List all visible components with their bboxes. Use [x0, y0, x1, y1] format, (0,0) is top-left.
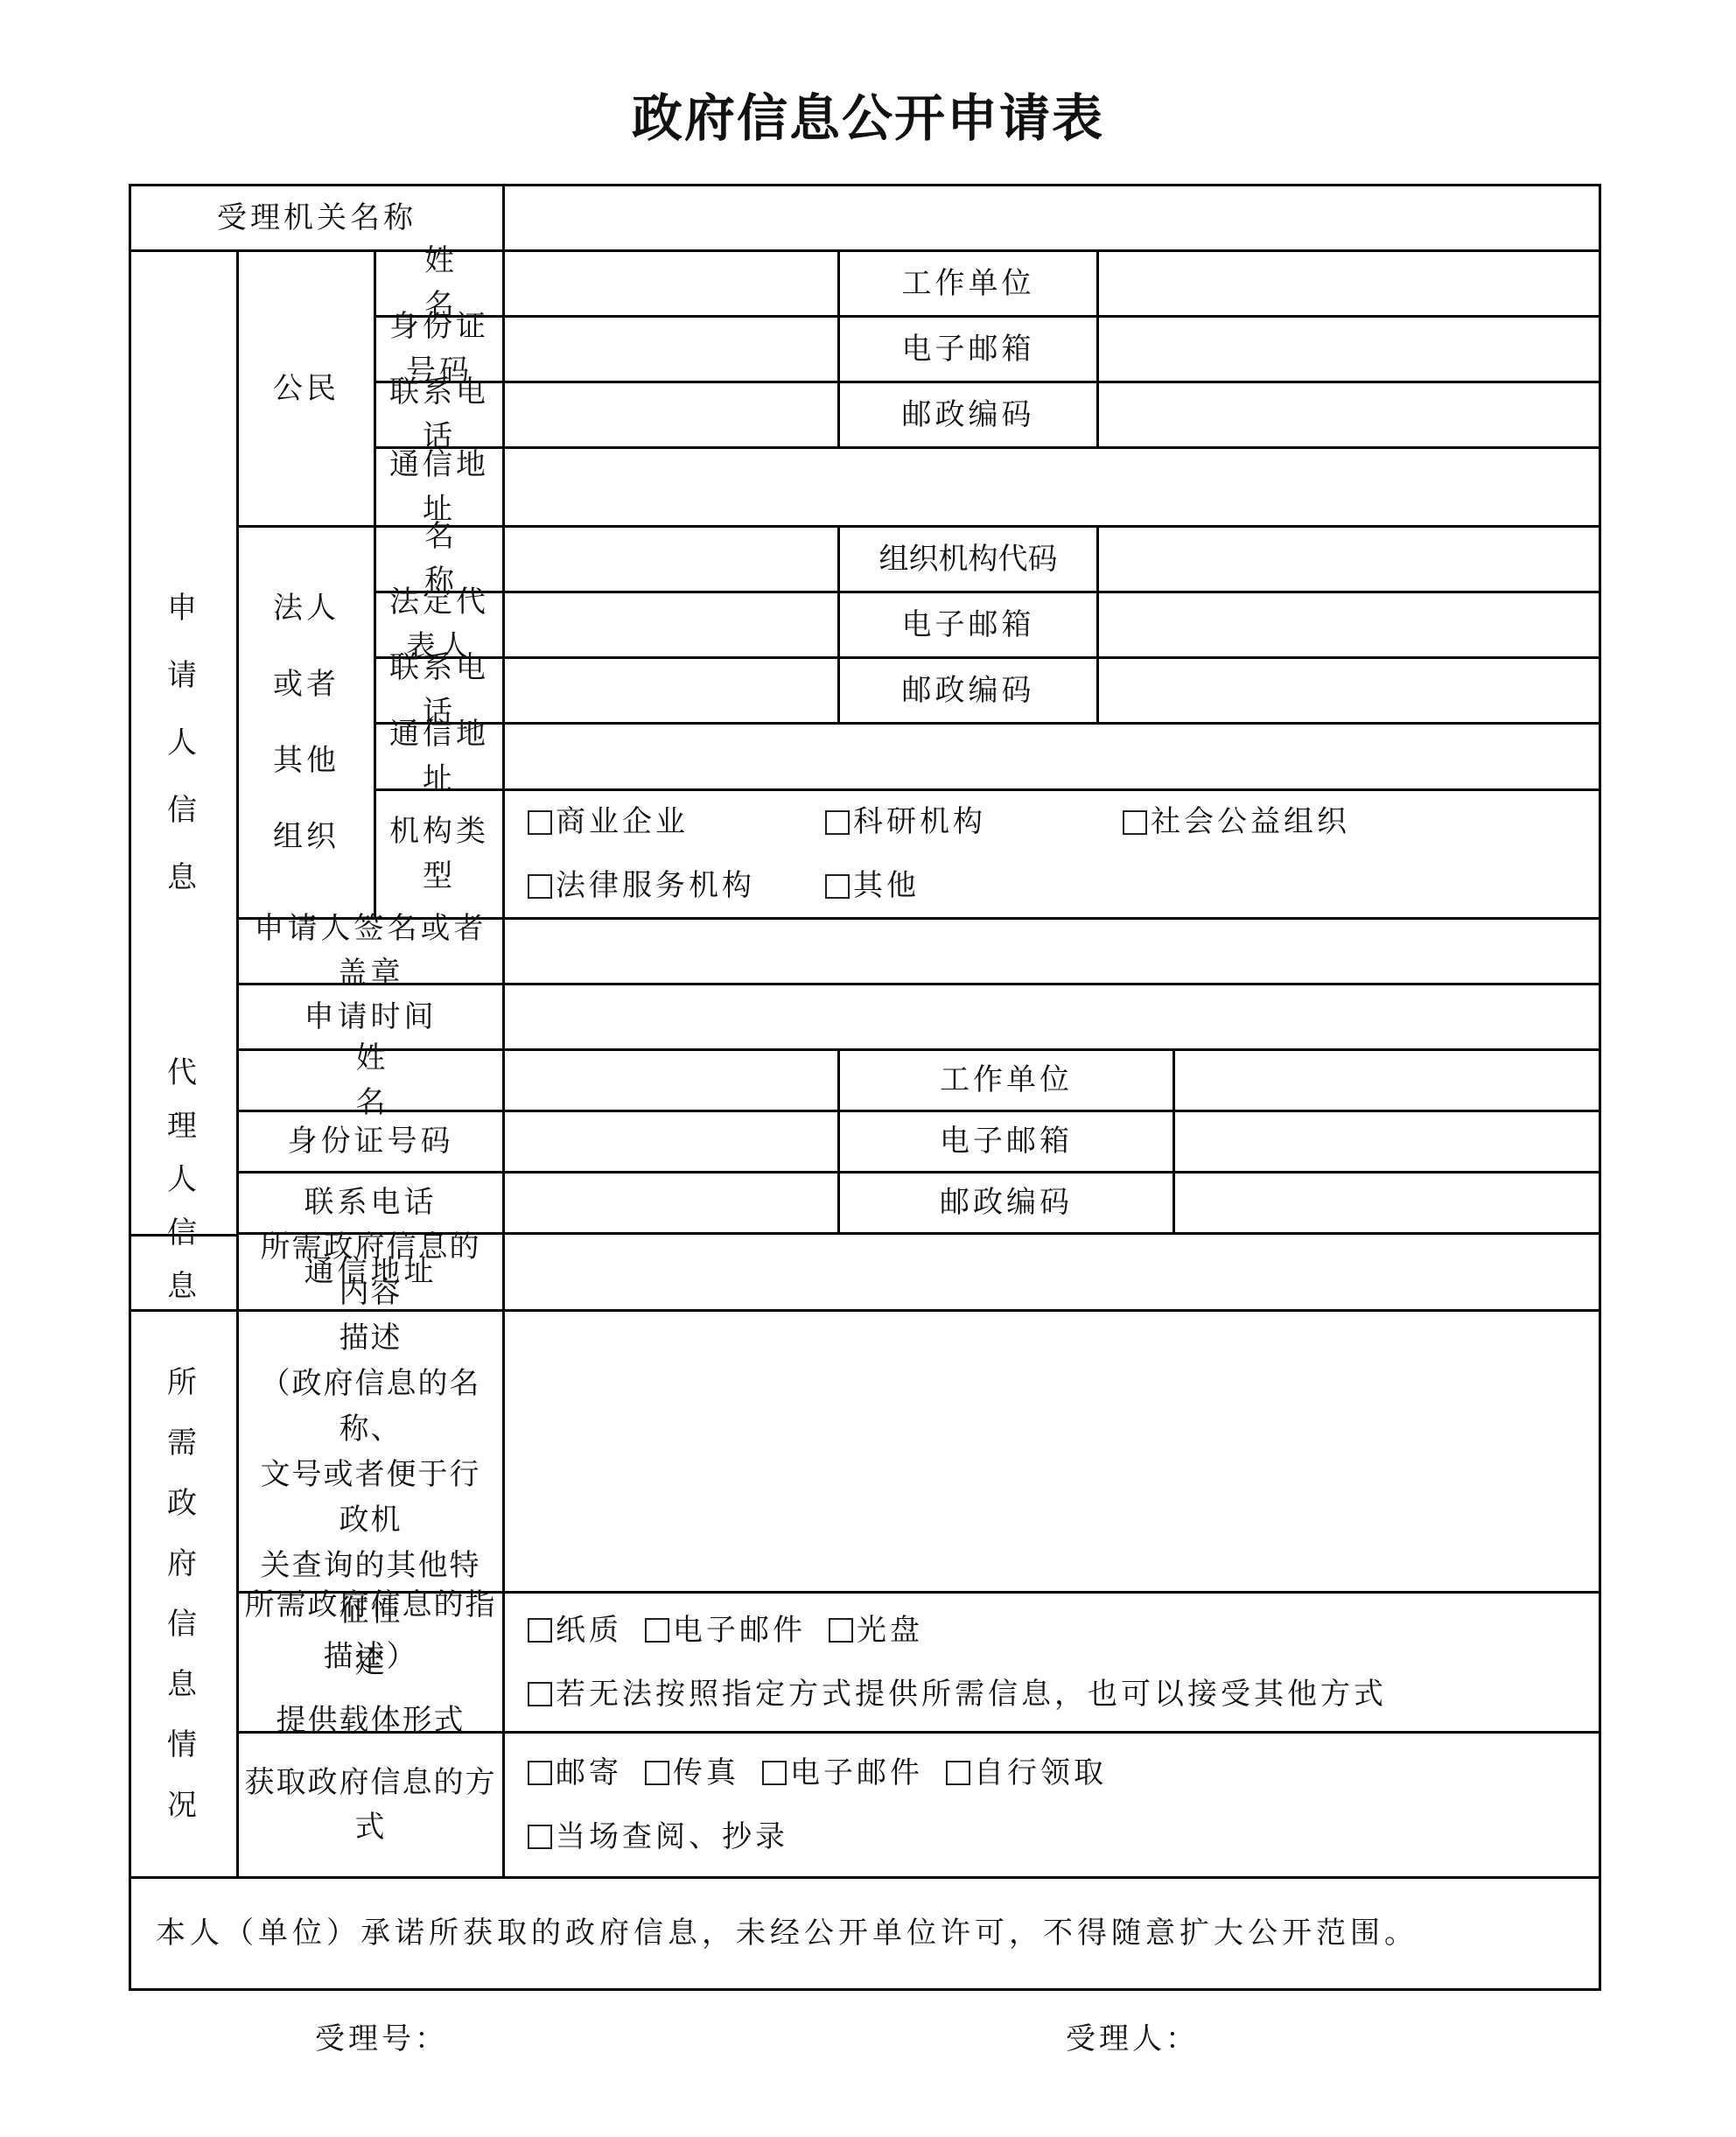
- applicant-section-char: 请: [167, 654, 200, 698]
- checkbox-icon[interactable]: [528, 810, 552, 835]
- agent-section-char: 息: [167, 1265, 200, 1309]
- org-group-line: 法人: [273, 586, 339, 631]
- carrier-label-line: 所需政府信息的指定: [239, 1576, 502, 1692]
- citizen-phone-field[interactable]: [505, 383, 840, 449]
- agent-email-label: 电子邮箱: [840, 1112, 1175, 1174]
- agent-name-field[interactable]: [505, 1051, 840, 1112]
- org-group-label: 法人或者其他组织: [239, 528, 376, 920]
- org-type-other[interactable]: 其他: [825, 864, 1123, 908]
- method-options: 邮寄 传真 电子邮件 自行领取 当场查阅、抄录: [505, 1734, 1601, 1879]
- citizen-id-field[interactable]: [505, 318, 840, 383]
- citizen-work-field[interactable]: [1099, 252, 1601, 318]
- agent-id-label: 身份证号码: [239, 1112, 505, 1174]
- agent-email-field[interactable]: [1175, 1112, 1601, 1174]
- checkbox-icon[interactable]: [528, 1618, 552, 1643]
- citizen-email-field[interactable]: [1099, 318, 1601, 383]
- citizen-address-field[interactable]: [505, 449, 1601, 528]
- pledge-text: 本人（单位）承诺所获取的政府信息，未经公开单位许可，不得随意扩大公开范围。: [131, 1879, 1599, 1988]
- content-desc-field[interactable]: [505, 1312, 1601, 1594]
- agent-postcode-label: 邮政编码: [840, 1174, 1175, 1235]
- checkbox-icon[interactable]: [825, 810, 850, 835]
- citizen-group-label: 公民: [239, 252, 376, 528]
- agent-section-label: 代理人信息: [131, 1051, 239, 1312]
- page-title: 政府信息公开申请表: [0, 77, 1736, 151]
- method-email[interactable]: 电子邮件: [762, 1751, 923, 1796]
- applicant-section-char: 申: [167, 586, 200, 631]
- org-name-field[interactable]: [505, 528, 840, 593]
- applicant-section-char: 信: [167, 788, 200, 833]
- date-field[interactable]: [505, 985, 1601, 1051]
- org-address-label: 通信地址: [376, 725, 505, 791]
- agent-address-field[interactable]: [505, 1235, 1601, 1312]
- checkbox-icon[interactable]: [1123, 810, 1147, 835]
- org-email-label: 电子邮箱: [840, 593, 1099, 659]
- citizen-email-label: 电子邮箱: [840, 318, 1099, 383]
- request-section-char: 政: [167, 1482, 200, 1526]
- carrier-paper[interactable]: 纸质: [528, 1608, 622, 1653]
- signature-label: 申请人签名或者盖章: [239, 920, 505, 985]
- citizen-phone-label: 联系电话: [376, 383, 505, 449]
- request-section-char: 需: [167, 1421, 200, 1466]
- citizen-postcode-label: 邮政编码: [840, 383, 1099, 449]
- request-section-char: 情: [167, 1723, 200, 1768]
- carrier-accept-other[interactable]: 若无法按照指定方式提供所需信息，也可以接受其他方式: [528, 1672, 1387, 1717]
- checkbox-icon[interactable]: [528, 1761, 552, 1785]
- org-phone-field[interactable]: [505, 659, 840, 725]
- org-type-commercial[interactable]: 商业企业: [528, 800, 825, 844]
- request-section-char: 所: [167, 1361, 200, 1405]
- agent-postcode-field[interactable]: [1175, 1174, 1601, 1235]
- method-mail[interactable]: 邮寄: [528, 1751, 622, 1796]
- org-postcode-field[interactable]: [1099, 659, 1601, 725]
- request-section-char: 况: [167, 1783, 200, 1828]
- content-desc-line: （政府信息的名称、: [248, 1361, 493, 1452]
- agent-work-field[interactable]: [1175, 1051, 1601, 1112]
- org-code-label: 组织机构代码: [840, 528, 1099, 593]
- agent-id-field[interactable]: [505, 1112, 840, 1174]
- agent-phone-field[interactable]: [505, 1174, 840, 1235]
- signature-field[interactable]: [505, 920, 1601, 985]
- content-desc-line: 文号或者便于行政机: [248, 1452, 493, 1543]
- checkbox-icon[interactable]: [528, 874, 552, 899]
- org-email-field[interactable]: [1099, 593, 1601, 659]
- agent-section-char: 信: [167, 1211, 200, 1256]
- method-self-pickup[interactable]: 自行领取: [946, 1751, 1107, 1796]
- org-type-nonprofit[interactable]: 社会公益组织: [1123, 800, 1420, 844]
- request-section-char: 息: [167, 1663, 200, 1707]
- content-desc-line: 描述: [248, 1315, 493, 1361]
- request-section-char: 府: [167, 1542, 200, 1587]
- content-desc-label: 所需政府信息的内容描述（政府信息的名称、文号或者便于行政机关查询的其他特征性描述…: [239, 1312, 505, 1594]
- checkbox-icon[interactable]: [528, 1682, 552, 1706]
- applicant-section-text: 申请人信息: [167, 586, 200, 900]
- applicant-section-char: 人: [167, 721, 200, 766]
- checkbox-icon[interactable]: [946, 1761, 970, 1785]
- carrier-email[interactable]: 电子邮件: [645, 1608, 806, 1653]
- checkbox-icon[interactable]: [528, 1825, 552, 1849]
- org-code-field[interactable]: [1099, 528, 1601, 593]
- request-section-char: 信: [167, 1602, 200, 1647]
- content-desc-line: 所需政府信息的内容: [248, 1224, 493, 1315]
- checkbox-icon[interactable]: [645, 1618, 669, 1643]
- carrier-disc[interactable]: 光盘: [829, 1608, 923, 1653]
- request-section-label: 所需政府信息情况: [131, 1312, 239, 1879]
- checkbox-icon[interactable]: [825, 874, 850, 899]
- application-form: 受理机关名称 申请人信息 公民 姓 名 工作单位 身份证号码 电子邮箱 联系电话…: [129, 184, 1601, 1991]
- agent-work-label: 工作单位: [840, 1051, 1175, 1112]
- citizen-name-field[interactable]: [505, 252, 840, 318]
- agent-section-char: 理: [167, 1104, 200, 1149]
- method-onsite[interactable]: 当场查阅、抄录: [528, 1815, 1107, 1860]
- carrier-options: 纸质 电子邮件 光盘 若无法按照指定方式提供所需信息，也可以接受其他方式: [505, 1594, 1601, 1734]
- org-type-research[interactable]: 科研机构: [825, 800, 1123, 844]
- applicant-section-char: 息: [167, 856, 200, 900]
- org-rep-field[interactable]: [505, 593, 840, 659]
- acceptor-label: 受理人：: [1066, 2014, 1199, 2057]
- agent-section-char: 代: [167, 1051, 200, 1096]
- checkbox-icon[interactable]: [762, 1761, 787, 1785]
- org-type-label: 机构类型: [376, 791, 505, 920]
- org-type-options: 商业企业 科研机构 社会公益组织 法律服务机构 其他: [505, 791, 1601, 920]
- org-address-field[interactable]: [505, 725, 1601, 791]
- agent-section-char: 人: [167, 1158, 200, 1202]
- method-fax[interactable]: 传真: [645, 1751, 739, 1796]
- carrier-label: 所需政府信息的指定提供载体形式: [239, 1594, 505, 1734]
- checkbox-icon[interactable]: [645, 1761, 669, 1785]
- org-group-line: 组织: [273, 815, 339, 859]
- org-postcode-label: 邮政编码: [840, 659, 1099, 725]
- org-type-legal[interactable]: 法律服务机构: [528, 864, 825, 908]
- citizen-work-label: 工作单位: [840, 252, 1099, 318]
- checkbox-icon[interactable]: [829, 1618, 853, 1643]
- citizen-postcode-field[interactable]: [1099, 383, 1601, 449]
- org-group-line: 或者: [273, 662, 339, 707]
- agent-name-label: 姓 名: [239, 1051, 505, 1112]
- org-group-line: 其他: [273, 739, 339, 783]
- agency-name-field[interactable]: [505, 186, 1601, 252]
- method-label: 获取政府信息的方式: [239, 1734, 505, 1879]
- accept-number-label: 受理号：: [315, 2014, 448, 2057]
